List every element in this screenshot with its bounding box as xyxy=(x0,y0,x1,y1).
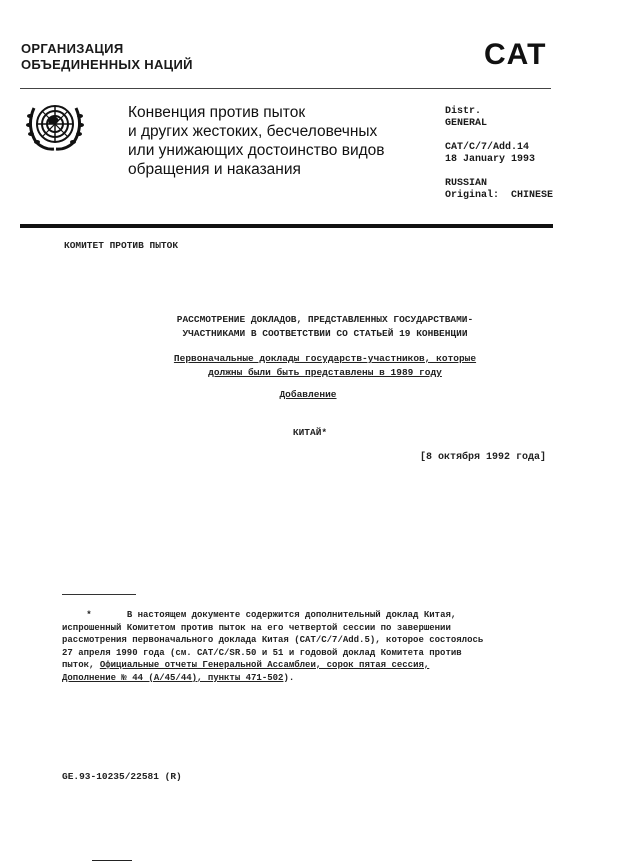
footnote-line: испрошенный Комитетом против пыток на ег… xyxy=(62,622,562,635)
un-emblem-icon xyxy=(24,98,86,154)
header-rule xyxy=(20,88,551,89)
document-date: 18 January 1993 xyxy=(445,154,553,166)
footnote-separator xyxy=(62,594,136,595)
footer-rule xyxy=(92,860,132,861)
main-heading: РАССМОТРЕНИЕ ДОКЛАДОВ, ПРЕДСТАВЛЕННЫХ ГО… xyxy=(5,313,640,341)
convention-title-line: Конвенция против пыток xyxy=(128,103,385,122)
main-heading-line: РАССМОТРЕНИЕ ДОКЛАДОВ, ПРЕДСТАВЛЕННЫХ ГО… xyxy=(5,313,640,327)
main-heading-line: УЧАСТНИКАМИ В СООТВЕТСТВИИ СО СТАТЬЕЙ 19… xyxy=(5,327,640,341)
convention-title-line: обращения и наказания xyxy=(128,160,385,179)
footnote-line: рассмотрения первоначального доклада Кит… xyxy=(62,634,562,647)
organization-name-line-2: ОБЪЕДИНЕННЫХ НАЦИЙ xyxy=(21,57,193,73)
job-number: GE.93-10235/22581 (R) xyxy=(62,771,182,782)
footnote-line: пыток, Официальные отчеты Генеральной Ас… xyxy=(62,659,562,672)
footnote-line: 27 апреля 1990 года (см. CAT/C/SR.50 и 5… xyxy=(62,647,562,660)
convention-title-line: и других жестоких, бесчеловечных xyxy=(128,122,385,141)
country-name: КИТАЙ* xyxy=(0,426,630,440)
subheading-line: должны были быть представлены в 1989 год… xyxy=(5,366,640,380)
footnote: * В настоящем документе содержится допол… xyxy=(62,609,562,684)
subheading-line: Первоначальные доклады государств-участн… xyxy=(5,352,640,366)
organization-name-line-1: ОРГАНИЗАЦИЯ xyxy=(21,41,193,57)
convention-title: Конвенция против пыток и других жестоких… xyxy=(128,103,385,179)
footnote-marker: * xyxy=(62,609,116,622)
original-label: Original: xyxy=(445,190,499,201)
distribution-value: GENERAL xyxy=(445,118,553,130)
document-symbol-logo: CAT xyxy=(484,38,546,72)
original-language: CHINESE xyxy=(511,190,553,201)
footnote-line: * В настоящем документе содержится допол… xyxy=(62,609,562,622)
document-metadata: Distr. GENERAL CAT/C/7/Add.14 18 January… xyxy=(445,106,553,202)
distribution-label: Distr. xyxy=(445,106,553,118)
header-thick-rule xyxy=(20,224,553,228)
original-language-line: Original: CHINESE xyxy=(445,190,553,202)
convention-title-line: или унижающих достоинство видов xyxy=(128,141,385,160)
subheading: Первоначальные доклады государств-участн… xyxy=(5,352,640,380)
committee-name: КОМИТЕТ ПРОТИВ ПЫТОК xyxy=(64,240,178,251)
official-records-reference: Официальные отчеты Генеральной Ассамблеи… xyxy=(100,660,429,670)
footnote-line: Дополнение № 44 (A/45/44), пункты 471-50… xyxy=(62,672,562,685)
document-number: CAT/C/7/Add.14 xyxy=(445,142,553,154)
document-language: RUSSIAN xyxy=(445,178,553,190)
organization-name: ОРГАНИЗАЦИЯ ОБЪЕДИНЕННЫХ НАЦИЙ xyxy=(21,41,193,73)
submission-date: [8 октября 1992 года] xyxy=(420,452,546,463)
supplement-reference: Дополнение № 44 (A/45/44), пункты 471-50… xyxy=(62,673,283,683)
addendum-label: Добавление xyxy=(0,388,628,402)
